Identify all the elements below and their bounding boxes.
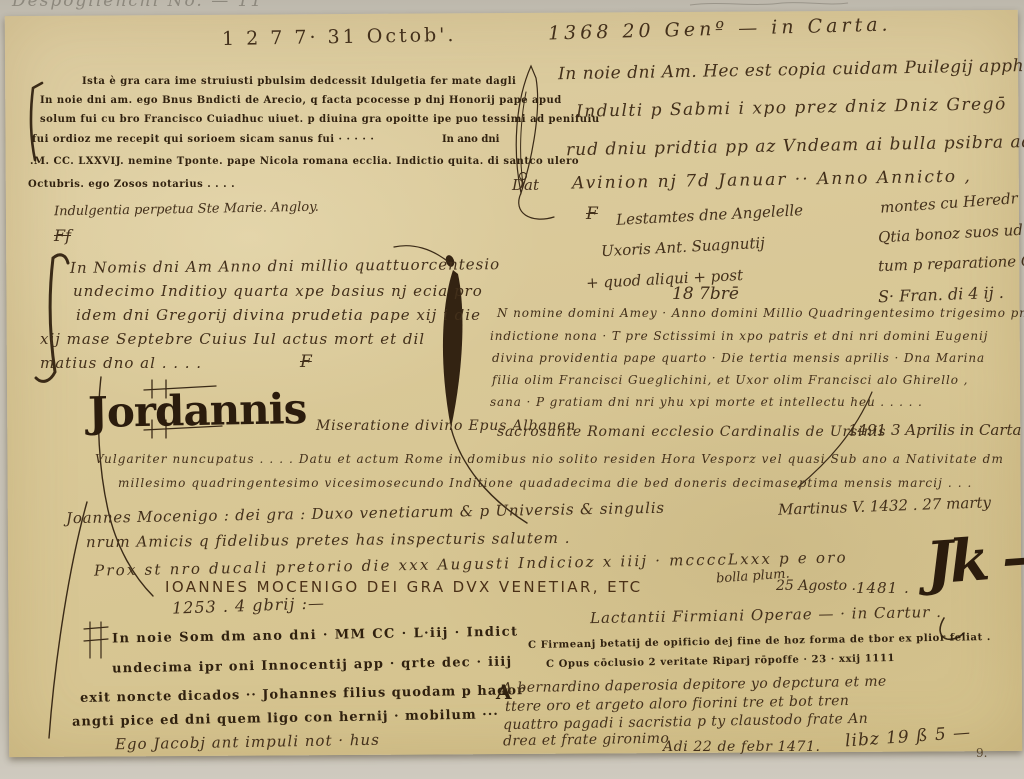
entry-1471-line: drea et frate gironimo <box>503 731 670 750</box>
entry-1368-mark: F <box>586 204 598 224</box>
entry-1277-line: Ista è gra cara ime struiusti pbulsim de… <box>82 76 516 87</box>
entry-1368-dat-word: Dat <box>512 176 539 194</box>
jordannis-rest: sacrosante Romani ecclesio Cardinalis de… <box>497 424 886 440</box>
entry-1471-date: Adi 22 de febr 1471. <box>663 739 821 755</box>
jordannis-word: Jordannis <box>88 384 307 437</box>
entry-1431-line: sana · P gratiam dni nri yhu xpi morte e… <box>490 395 923 409</box>
entry-1277-line: Octubris. ego Zosos notarius . . . . <box>28 179 235 190</box>
entry-1277-line: solum fui cu bro Francisco Cuiadhuc uiue… <box>40 114 600 125</box>
entry-1277-line: In noie dni am. ego Bnus Bndicti de Arec… <box>40 95 562 106</box>
entry-1431-line: filia olim Francisci Gueglichini, et Uxo… <box>492 373 968 387</box>
entry-1277-line: .M. CC. LXXVIJ. nemine Tponte. pape Nico… <box>30 156 579 167</box>
entry-1368-foot-left: 18 7brē <box>672 284 739 304</box>
entry-1431-line: divina providentia pape quarto · Die ter… <box>492 351 985 365</box>
entry-1411-line: matius dno al . . . . <box>40 354 202 372</box>
entry-1411-mark: F <box>300 352 312 372</box>
entry-1411-line: undecimo Inditioy quarta xpe basius nj e… <box>73 282 483 300</box>
jordannis-date: 1491 3 Aprilis in Carta . <box>848 421 1024 439</box>
pencil-squiggle <box>690 3 848 5</box>
jordannis-line: millesimo quadringentesimo vicesimosecun… <box>118 476 972 490</box>
jordannis-line: Vulgariter nuncupatus . . . . Datu et ac… <box>95 452 1004 466</box>
entry-1411-line: In Nomis dni Am Anno dni millio quattuor… <box>70 255 500 277</box>
entry-1277-date: 1 2 7 7· 31 Octob'. <box>222 24 457 50</box>
entry-1431-line: N nomine domini Amey · Anno domini Milli… <box>497 306 1024 320</box>
mocenigo-monogram: Jk – <box>924 523 1024 598</box>
mocenigo-bulla-date: 25 Agosto . <box>776 578 856 594</box>
entry-1411-line: idem dni Gregorij divina prudetia pape x… <box>76 306 481 324</box>
manuscript-scan: Despoglienchi No. — 11 <box>0 0 1024 779</box>
mocenigo-caps-line: IOANNES MOCENIGO DEI GRA DVX VENETIAR, E… <box>165 578 643 596</box>
page-number: 9. <box>976 746 987 760</box>
entry-1277-date-fragment: In ano dni <box>442 134 499 145</box>
mocenigo-year: 1481 . <box>856 579 910 597</box>
mount-pencil-note: Despoglienchi No. — 11 <box>12 0 263 11</box>
entry-1431-line: indictione nona · T pre Sctissimi in xpo… <box>490 329 988 343</box>
entry-1277-mark: Ff <box>54 226 71 245</box>
entry-1277-line: fui ordioz me recepit qui sorioem sicam … <box>32 134 374 145</box>
entry-1411-line: xij mase Septebre Cuius Iul actus mort e… <box>40 330 425 348</box>
